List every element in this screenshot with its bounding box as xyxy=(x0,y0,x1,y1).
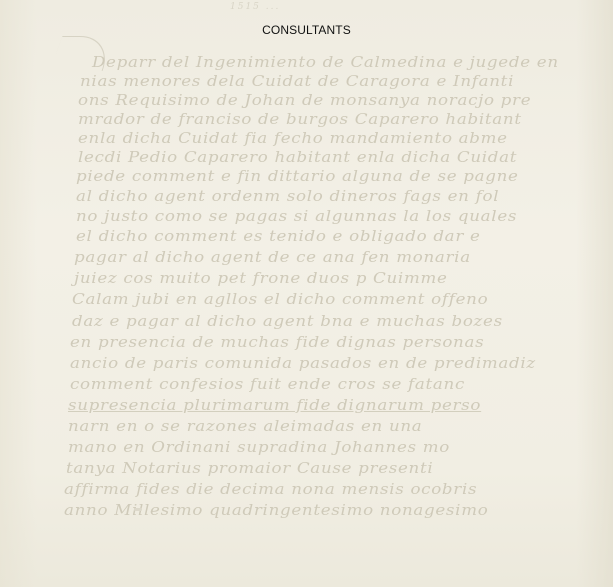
manuscript-line: el dicho comment es tenido e obligado da… xyxy=(76,229,481,245)
manuscript-page: 1515 ... CONSULTANTS Deparr del Ingenimi… xyxy=(0,0,613,587)
manuscript-line: Deparr del Ingenimiento de Calmedina e j… xyxy=(92,55,559,71)
manuscript-line: nias menores dela Cuidat de Caragora e I… xyxy=(80,74,514,90)
manuscript-line: pagar al dicho agent de ce ana fen monar… xyxy=(74,250,471,266)
manuscript-line: ons Requisimo de Johan de monsanya norac… xyxy=(78,93,531,109)
page-title: CONSULTANTS xyxy=(0,23,613,37)
manuscript-line: Calam jubi en agllos el dicho comment of… xyxy=(72,292,488,308)
manuscript-line: en presencia de muchas fide dignas perso… xyxy=(70,335,484,351)
manuscript-line: comment confesios fuit ende cros se fata… xyxy=(70,377,465,393)
manuscript-line: mano en Ordinani supradina Johannes mo xyxy=(68,440,450,456)
ink-mark xyxy=(134,508,142,511)
manuscript-line: affirma fides die decima nona mensis oco… xyxy=(64,482,477,498)
manuscript-line: ancio de paris comunida pasados en de pr… xyxy=(70,356,536,372)
manuscript-line: enla dicha Cuidat fia fecho mandamiento … xyxy=(78,131,508,147)
manuscript-line: supresencia plurimarum fide dignarum per… xyxy=(68,398,481,414)
faint-top-annotation: 1515 ... xyxy=(230,2,530,14)
manuscript-line: al dicho agent ordenm solo dineros fags … xyxy=(76,189,499,205)
manuscript-line: daz e pagar al dicho agent bna e muchas … xyxy=(72,314,503,330)
manuscript-line: anno Millesimo quadringentesimo nonagesi… xyxy=(64,503,488,519)
manuscript-line: no justo como se pagas si algunnas la lo… xyxy=(76,209,517,225)
manuscript-line: lecdi Pedio Caparero habitant enla dicha… xyxy=(78,150,517,166)
manuscript-line: tanya Notarius promaior Cause presenti xyxy=(66,461,433,477)
manuscript-line: juiez cos muito pet frone duos p Cuimme xyxy=(74,271,448,287)
manuscript-line: narn en o se razones aleimadas en una xyxy=(68,419,422,435)
manuscript-line: piede comment e fin dittario alguna de s… xyxy=(76,169,519,185)
manuscript-line: mrador de franciso de burgos Caparero ha… xyxy=(78,112,522,128)
